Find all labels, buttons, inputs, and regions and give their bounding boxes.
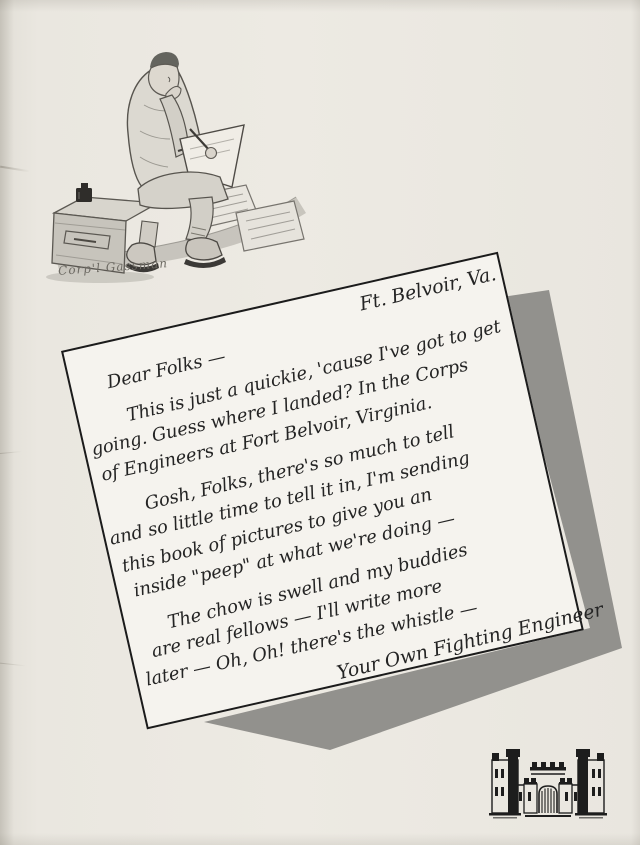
paper-crease: [0, 451, 22, 454]
paper-crease: [0, 663, 26, 667]
letter-card: Ft. Belvoir, Va. Dear Folks — This is ju…: [61, 252, 584, 730]
engineer-castle-icon: [483, 745, 613, 825]
ink-bottle: [76, 183, 92, 202]
paper-crease: [0, 166, 30, 173]
soldier-writing-illustration: [40, 45, 310, 295]
scanned-page: Corp'l Gassman Ft. Belvoir, Va. Dear Fol…: [0, 0, 640, 845]
